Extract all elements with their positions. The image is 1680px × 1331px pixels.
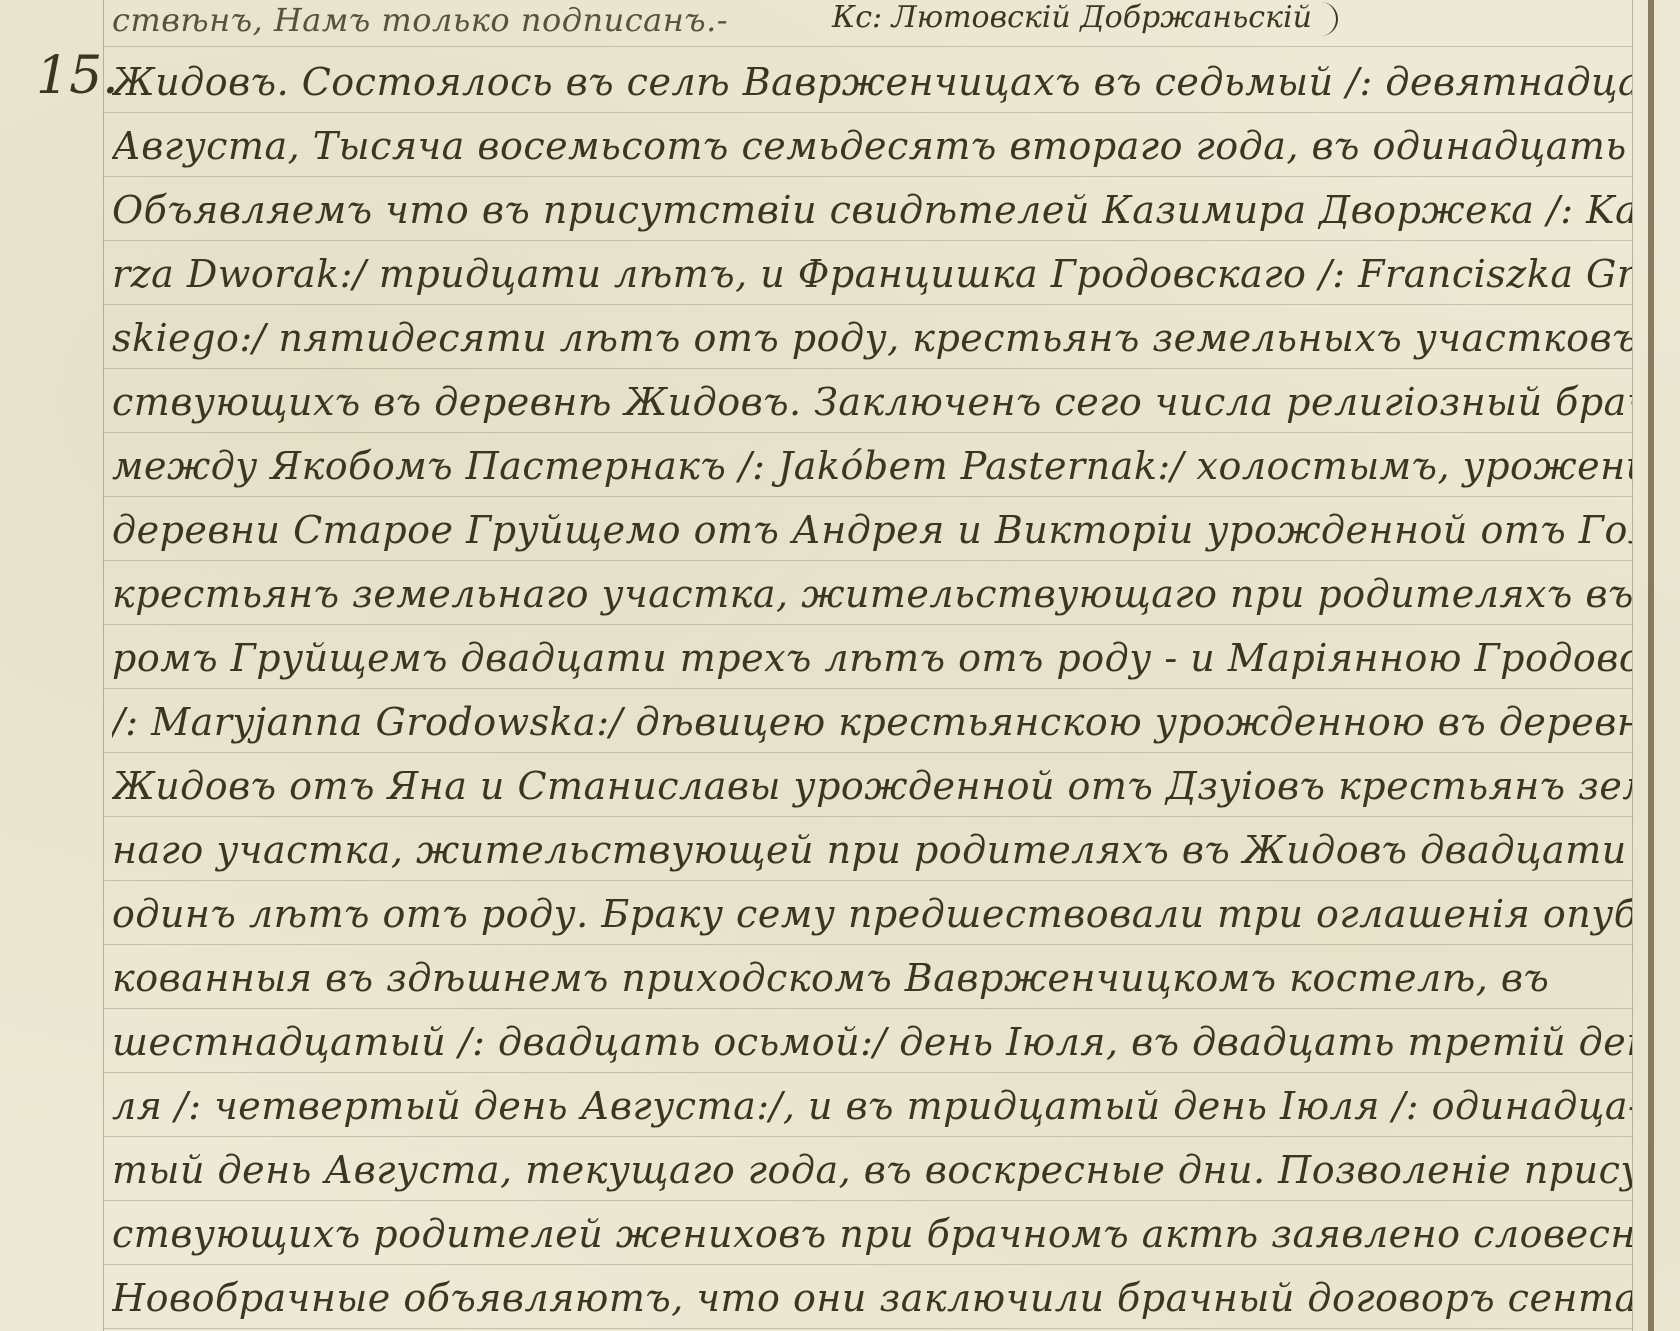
- ruled-line: [103, 944, 1633, 945]
- record-line-19: ствующихъ родителей жениховъ при брачном…: [112, 1204, 1632, 1264]
- record-line-17: ля /: четвертый день Августа:/, и въ три…: [112, 1076, 1632, 1136]
- record-line-2: Августа, Тысяча восемьсотъ семьдесятъ вт…: [112, 116, 1632, 176]
- ruled-line: [103, 1136, 1633, 1137]
- record-line-11: /: Maryjanna Grodowska:/ дѣвицею крестья…: [112, 692, 1632, 752]
- record-line-5: skiego:/ пятидесяти лѣтъ отъ роду, крест…: [112, 308, 1632, 368]
- ruled-line: [103, 1200, 1633, 1201]
- ruled-line: [103, 112, 1633, 113]
- record-line-4: rza Dworak:/ тридцати лѣтъ, и Францишка …: [112, 244, 1632, 304]
- record-line-14: одинъ лѣтъ отъ роду. Браку сему предшест…: [112, 884, 1632, 944]
- record-line-7: между Якобомъ Пастернакъ /: Jakóbem Past…: [112, 436, 1632, 496]
- ruled-line: [103, 1072, 1633, 1073]
- ruled-line: [103, 816, 1633, 817]
- signature-text: Кс: Лютовскій Добржаньскій: [832, 0, 1312, 35]
- ruled-line: [103, 1264, 1633, 1265]
- ruled-line: [103, 304, 1633, 305]
- record-line-10: ромъ Груйщемъ двадцати трехъ лѣтъ отъ ро…: [112, 628, 1632, 688]
- right-page-border: [1648, 0, 1654, 1331]
- ruled-line: [103, 432, 1633, 433]
- ruled-line: [103, 1328, 1633, 1329]
- right-border-inner-rule: [1632, 0, 1633, 1331]
- ruled-line: [103, 240, 1633, 241]
- ruled-line: [103, 752, 1633, 753]
- document-page: ствѣнъ, Намъ только подписанъ.- Кс: Люто…: [0, 0, 1680, 1331]
- ruled-line: [103, 496, 1633, 497]
- ruled-line: [103, 880, 1633, 881]
- ruled-line: [103, 1008, 1633, 1009]
- record-line-12: Жидовъ отъ Яна и Станиславы урожденной о…: [112, 756, 1632, 816]
- record-line-13: наго участка, жительствующей при родител…: [112, 820, 1632, 880]
- record-line-18: тый день Августа, текущаго года, въ воск…: [112, 1140, 1632, 1200]
- record-line-6: ствующихъ въ деревнѣ Жидовъ. Заключенъ с…: [112, 372, 1632, 432]
- record-line-20: Новобрачные объявляютъ, что они заключил…: [112, 1268, 1632, 1328]
- signature-flourish: [1318, 2, 1338, 36]
- record-line-15: кованныя въ здѣшнемъ приходскомъ Вавржен…: [112, 948, 1632, 1008]
- priest-signature: Кс: Лютовскій Добржаньскій: [832, 0, 1338, 48]
- record-line-8: деревни Старое Груйщемо отъ Андрея и Вик…: [112, 500, 1632, 560]
- ruled-line: [103, 624, 1633, 625]
- record-line-1: Жидовъ. Состоялось въ селѣ Ваврженчицахъ…: [112, 52, 1632, 112]
- ruled-line: [103, 688, 1633, 689]
- record-line-9: крестьянъ земельнаго участка, жительству…: [112, 564, 1632, 624]
- ruled-line: [103, 176, 1633, 177]
- ruled-line: [103, 368, 1633, 369]
- record-line-3: Объявляемъ что въ присутствіи свидѣтелей…: [112, 180, 1632, 240]
- ruled-line: [103, 560, 1633, 561]
- left-margin-rule: [103, 0, 104, 1331]
- act-number: 15.: [36, 46, 119, 106]
- record-line-16: шестнадцатый /: двадцать осьмой:/ день І…: [112, 1012, 1632, 1072]
- previous-entry-tail: ствѣнъ, Намъ только подписанъ.-: [112, 0, 812, 50]
